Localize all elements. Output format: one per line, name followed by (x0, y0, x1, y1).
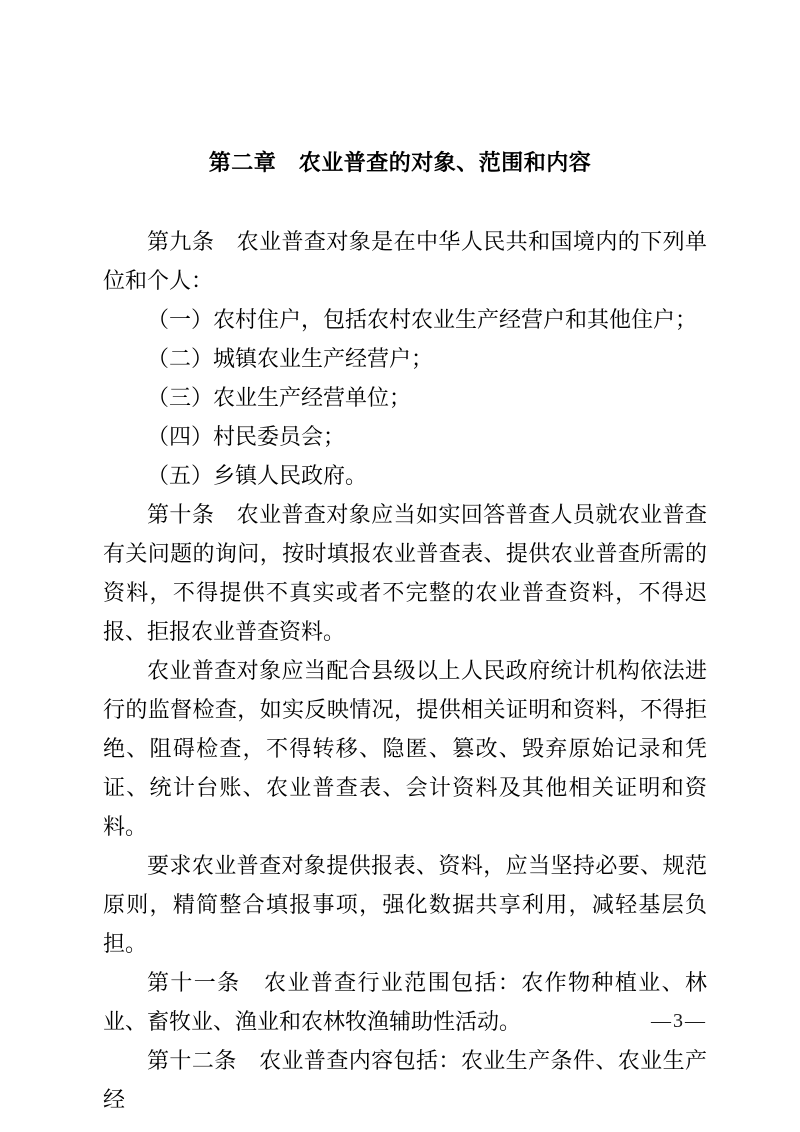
paragraph: （二）城镇农业生产经营户； (103, 339, 707, 378)
document-body: 第九条 农业普查对象是在中华人民共和国境内的下列单位和个人： （一）农村住户，包… (103, 222, 707, 1119)
document-page: 第二章 农业普查的对象、范围和内容 第九条 农业普查对象是在中华人民共和国境内的… (0, 0, 800, 1132)
paragraph: （五）乡镇人民政府。 (103, 456, 707, 495)
paragraph: 第十条 农业普查对象应当如实回答普查人员就农业普查有关问题的询问，按时填报农业普… (103, 495, 707, 651)
paragraph: （四）村民委员会； (103, 417, 707, 456)
chapter-title: 第二章 农业普查的对象、范围和内容 (0, 0, 800, 180)
page-number: —3— (651, 1008, 707, 1034)
paragraph: （一）农村住户，包括农村农业生产经营户和其他住户； (103, 300, 707, 339)
paragraph: 农业普查对象应当配合县级以上人民政府统计机构依法进行的监督检查，如实反映情况，提… (103, 651, 707, 846)
paragraph: 第九条 农业普查对象是在中华人民共和国境内的下列单位和个人： (103, 222, 707, 300)
paragraph: 第十一条 农业普查行业范围包括：农作物种植业、林业、畜牧业、渔业和农林牧渔辅助性… (103, 963, 707, 1041)
paragraph: 要求农业普查对象提供报表、资料，应当坚持必要、规范原则，精简整合填报事项，强化数… (103, 846, 707, 963)
paragraph: （三）农业生产经营单位； (103, 378, 707, 417)
paragraph: 第十二条 农业普查内容包括：农业生产条件、农业生产经 (103, 1041, 707, 1119)
